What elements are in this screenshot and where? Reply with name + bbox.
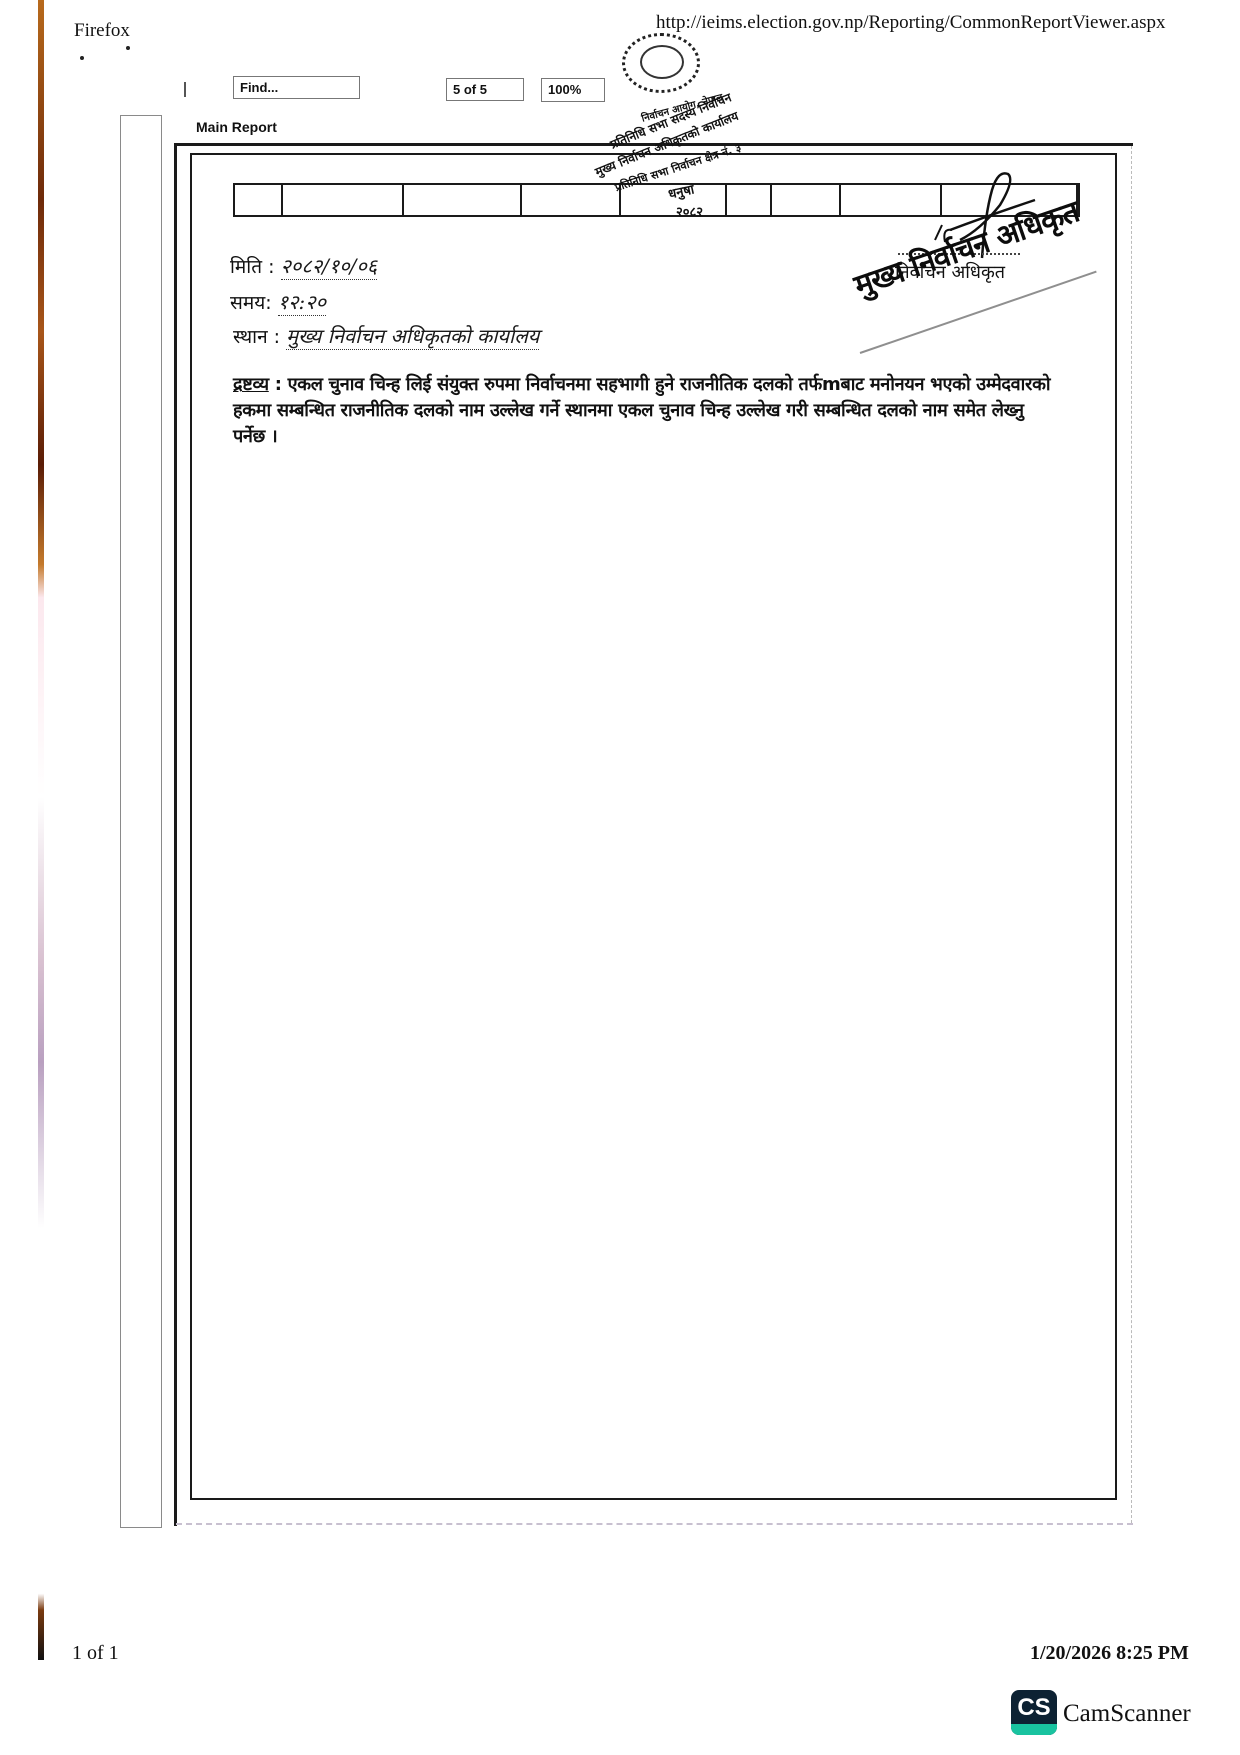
bullet-dot [80,56,84,60]
note-text: एकल चुनाव चिन्ह लिई संयुक्त रुपमा निर्वा… [233,374,1050,447]
note-title: द्रष्टव्य [233,374,269,395]
note-separator: : [269,374,288,395]
seal-line: २०८२ [676,202,703,220]
table-cell [772,185,841,215]
print-page-number: 1 of 1 [72,1642,119,1660]
time-value: १२:२० [278,288,326,316]
table-cell [727,185,773,215]
camscanner-logo-icon: CS [1011,1690,1057,1735]
date-field: मिति : २०८२/१०/०६ [230,252,377,280]
place-field: स्थान : मुख्य निर्वाचन अधिकृतको कार्यालय [233,322,539,350]
browser-name: Firefox [74,20,130,42]
place-value: मुख्य निर्वाचन अधिकृतको कार्यालय [286,322,539,350]
bullet-dot [126,46,130,50]
document-map-panel [120,115,162,1528]
table-cell [522,185,622,215]
date-value: २०८२/१०/०६ [281,252,378,280]
report-page [190,153,1117,1500]
logo-text: CS [1011,1694,1057,1722]
note-paragraph: द्रष्टव्य : एकल चुनाव चिन्ह लिई संयुक्त … [233,372,1053,450]
table-cell [404,185,521,215]
time-label: समय: [230,292,272,314]
report-bottom-border [176,1523,1133,1526]
table-cell [235,185,283,215]
camscanner-brand: CamScanner [1063,1700,1191,1728]
scan-edge [38,0,44,1660]
place-label: स्थान : [233,326,280,348]
main-report-node[interactable]: Main Report [196,119,277,135]
print-timestamp: 1/20/2026 8:25 PM [1030,1642,1189,1660]
report-right-border [1131,146,1133,1523]
page-url: http://ieims.election.gov.np/Reporting/C… [656,12,1166,34]
find-input[interactable]: Find... [233,76,360,99]
page-indicator[interactable]: 5 of 5 [446,78,524,101]
date-label: मिति : [230,256,274,278]
emblem-icon [640,45,684,79]
zoom-select[interactable]: 100% [541,78,605,102]
time-field: समय: १२:२० [230,288,326,316]
toolbar-separator [184,82,186,97]
report-left-border [174,143,177,1526]
table-cell [283,185,404,215]
logo-accent-bar [1011,1724,1057,1735]
